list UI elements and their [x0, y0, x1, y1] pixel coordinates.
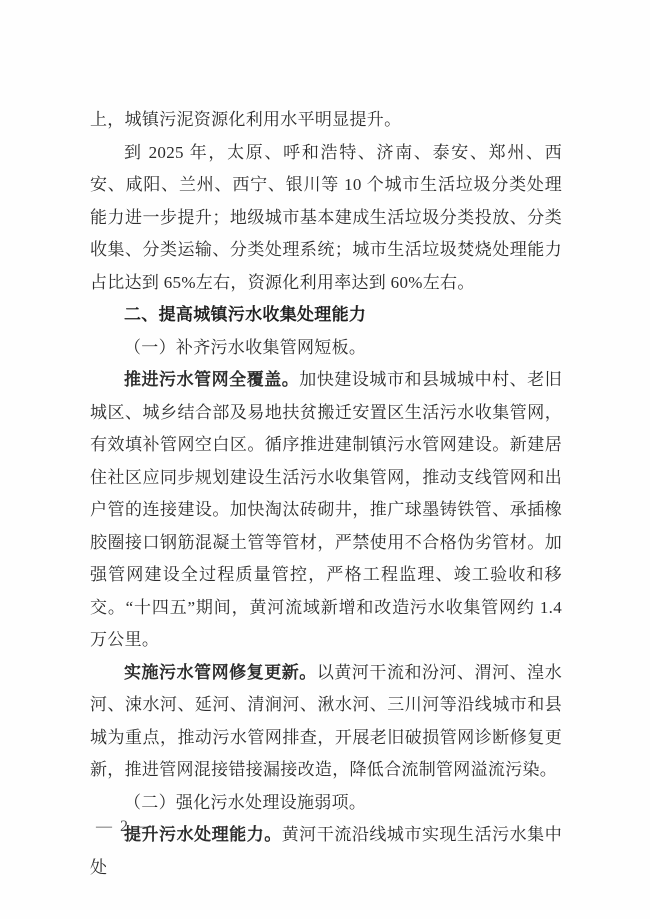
paragraph: 到 2025 年，太原、呼和浩特、济南、泰安、郑州、西安、咸阳、兰州、西宁、银川…	[90, 137, 562, 300]
paragraph: 推进污水管网全覆盖。加快建设城市和县城城中村、老旧城区、城乡结合部及易地扶贫搬迁…	[90, 364, 562, 657]
text-run: （一）补齐污水收集管网短板。	[124, 338, 366, 357]
document-body: 上，城镇污泥资源化利用水平明显提升。到 2025 年，太原、呼和浩特、济南、泰安…	[90, 104, 562, 884]
paragraph: 提升污水处理能力。黄河干流沿线城市实现生活污水集中处	[90, 819, 562, 884]
text-run: 到 2025 年，太原、呼和浩特、济南、泰安、郑州、西安、咸阳、兰州、西宁、银川…	[90, 143, 562, 292]
section-heading: 二、提高城镇污水收集处理能力	[90, 299, 562, 332]
subsection-heading: （二）强化污水处理设施弱项。	[90, 787, 562, 820]
document-page: 上，城镇污泥资源化利用水平明显提升。到 2025 年，太原、呼和浩特、济南、泰安…	[0, 0, 650, 919]
paragraph: 实施污水管网修复更新。以黄河干流和汾河、渭河、湟水河、涑水河、延河、清涧河、湫水…	[90, 657, 562, 787]
text-run: 上，城镇污泥资源化利用水平明显提升。	[90, 110, 401, 129]
subsection-heading: （一）补齐污水收集管网短板。	[90, 332, 562, 365]
text-run: （二）强化污水处理设施弱项。	[124, 793, 366, 812]
paragraph: 上，城镇污泥资源化利用水平明显提升。	[90, 104, 562, 137]
lead-phrase: 实施污水管网修复更新。	[124, 663, 317, 682]
text-run: 加快建设城市和县城城中村、老旧城区、城乡结合部及易地扶贫搬迁安置区生活污水收集管…	[90, 370, 562, 649]
lead-phrase: 推进污水管网全覆盖。	[124, 370, 299, 389]
page-number: — 2 —	[96, 818, 154, 836]
lead-phrase: 二、提高城镇污水收集处理能力	[124, 305, 366, 324]
